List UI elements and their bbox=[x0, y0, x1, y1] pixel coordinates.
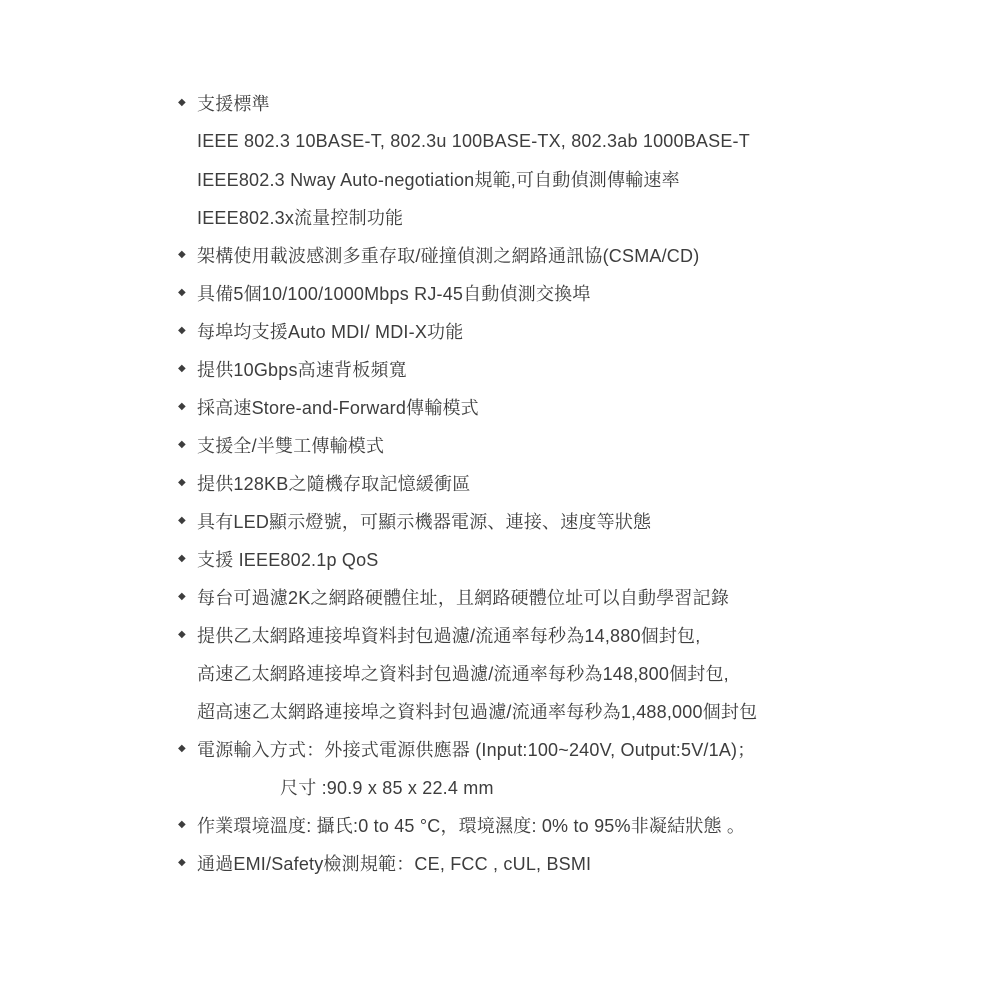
spec-line-led-indicators: ◆ 具有LED顯示燈號，可顯示機器電源、連接、速度等狀態 bbox=[178, 502, 938, 540]
spec-line-text: IEEE802.3 Nway Auto-negotiation規範,可自動偵測傳… bbox=[197, 166, 680, 192]
spec-line-text: 通過EMI/Safety檢測規範：CE, FCC , cUL, BSMI bbox=[197, 850, 591, 876]
spec-line-text: 支援 IEEE802.1p QoS bbox=[197, 546, 379, 572]
spec-line-text: 採高速Store-and-Forward傳輸模式 bbox=[197, 394, 479, 420]
spec-line-text: 每埠均支援Auto MDI/ MDI-X功能 bbox=[197, 318, 463, 344]
spec-line-text: 支援全/半雙工傳輸模式 bbox=[197, 432, 384, 458]
diamond-bullet-icon: ◆ bbox=[178, 554, 197, 564]
spec-line-csma-cd: ◆ 架構使用載波感測多重存取/碰撞偵測之網路通訊協(CSMA/CD) bbox=[178, 236, 938, 274]
spec-line-auto-mdi: ◆ 每埠均支援Auto MDI/ MDI-X功能 bbox=[178, 312, 938, 350]
diamond-bullet-icon: ◆ bbox=[178, 516, 197, 526]
spec-line-backplane-bandwidth: ◆ 提供10Gbps高速背板頻寬 bbox=[178, 350, 938, 388]
spec-line-text: 支援標準 bbox=[197, 90, 270, 116]
spec-line-text: 超高速乙太網路連接埠之資料封包過濾/流通率每秒為1,488,000個封包 bbox=[197, 698, 757, 724]
diamond-bullet-icon: ◆ bbox=[178, 326, 197, 336]
spec-line-ethernet-packet-rate: ◆ 提供乙太網路連接埠資料封包過濾/流通率每秒為14,880個封包, bbox=[178, 616, 938, 654]
diamond-bullet-icon: ◆ bbox=[178, 630, 197, 640]
spec-line-mac-address-table: ◆ 每台可過濾2K之網路硬體住址，且網路硬體位址可以自動學習記錄 bbox=[178, 578, 938, 616]
spec-line-gigabit-packet-rate: 超高速乙太網路連接埠之資料封包過濾/流通率每秒為1,488,000個封包 bbox=[178, 692, 938, 730]
spec-line-text: IEEE802.3x流量控制功能 bbox=[197, 204, 403, 230]
spec-line-support-standard: ◆ 支援標準 bbox=[178, 84, 938, 122]
diamond-bullet-icon: ◆ bbox=[178, 440, 197, 450]
spec-line-text: 每台可過濾2K之網路硬體住址，且網路硬體位址可以自動學習記錄 bbox=[197, 584, 729, 610]
spec-line-text: 具有LED顯示燈號，可顯示機器電源、連接、速度等狀態 bbox=[197, 508, 651, 534]
diamond-bullet-icon: ◆ bbox=[178, 364, 197, 374]
spec-line-nway-autonegotiation: IEEE802.3 Nway Auto-negotiation規範,可自動偵測傳… bbox=[178, 160, 938, 198]
diamond-bullet-icon: ◆ bbox=[178, 744, 197, 754]
spec-line-operating-environment: ◆ 作業環境溫度: 攝氏:0 to 45 °C，環境濕度: 0% to 95%非… bbox=[178, 806, 938, 844]
diamond-bullet-icon: ◆ bbox=[178, 478, 197, 488]
product-spec-list: ◆ 支援標準 IEEE 802.3 10BASE-T, 802.3u 100BA… bbox=[178, 84, 938, 882]
spec-line-text: IEEE 802.3 10BASE-T, 802.3u 100BASE-TX, … bbox=[197, 131, 750, 152]
spec-line-dimensions: 尺寸 :90.9 x 85 x 22.4 mm bbox=[178, 768, 938, 806]
spec-line-text: 具備5個10/100/1000Mbps RJ-45自動偵測交換埠 bbox=[197, 280, 591, 306]
diamond-bullet-icon: ◆ bbox=[178, 592, 197, 602]
spec-line-qos: ◆ 支援 IEEE802.1p QoS bbox=[178, 540, 938, 578]
spec-line-fast-ethernet-packet-rate: 高速乙太網路連接埠之資料封包過濾/流通率每秒為148,800個封包, bbox=[178, 654, 938, 692]
diamond-bullet-icon: ◆ bbox=[178, 288, 197, 298]
diamond-bullet-icon: ◆ bbox=[178, 98, 197, 108]
diamond-bullet-icon: ◆ bbox=[178, 402, 197, 412]
spec-line-flow-control: IEEE802.3x流量控制功能 bbox=[178, 198, 938, 236]
spec-line-certifications: ◆ 通過EMI/Safety檢測規範：CE, FCC , cUL, BSMI bbox=[178, 844, 938, 882]
spec-line-text: 提供128KB之隨機存取記憶緩衝區 bbox=[197, 470, 470, 496]
spec-line-memory-buffer: ◆ 提供128KB之隨機存取記憶緩衝區 bbox=[178, 464, 938, 502]
spec-line-ieee-standards: IEEE 802.3 10BASE-T, 802.3u 100BASE-TX, … bbox=[178, 122, 938, 160]
spec-line-text: 尺寸 :90.9 x 85 x 22.4 mm bbox=[280, 774, 494, 800]
spec-line-text: 提供乙太網路連接埠資料封包過濾/流通率每秒為14,880個封包, bbox=[197, 622, 700, 648]
spec-line-duplex-mode: ◆ 支援全/半雙工傳輸模式 bbox=[178, 426, 938, 464]
spec-line-text: 架構使用載波感測多重存取/碰撞偵測之網路通訊協(CSMA/CD) bbox=[197, 242, 699, 268]
spec-line-text: 作業環境溫度: 攝氏:0 to 45 °C，環境濕度: 0% to 95%非凝結… bbox=[197, 812, 745, 838]
diamond-bullet-icon: ◆ bbox=[178, 858, 197, 868]
spec-line-text: 電源輸入方式：外接式電源供應器 (Input:100~240V, Output:… bbox=[197, 736, 755, 762]
diamond-bullet-icon: ◆ bbox=[178, 250, 197, 260]
spec-line-ports: ◆ 具備5個10/100/1000Mbps RJ-45自動偵測交換埠 bbox=[178, 274, 938, 312]
diamond-bullet-icon: ◆ bbox=[178, 820, 197, 830]
spec-line-text: 高速乙太網路連接埠之資料封包過濾/流通率每秒為148,800個封包, bbox=[197, 660, 729, 686]
spec-line-store-and-forward: ◆ 採高速Store-and-Forward傳輸模式 bbox=[178, 388, 938, 426]
spec-line-power-input: ◆ 電源輸入方式：外接式電源供應器 (Input:100~240V, Outpu… bbox=[178, 730, 938, 768]
spec-line-text: 提供10Gbps高速背板頻寬 bbox=[197, 356, 407, 382]
